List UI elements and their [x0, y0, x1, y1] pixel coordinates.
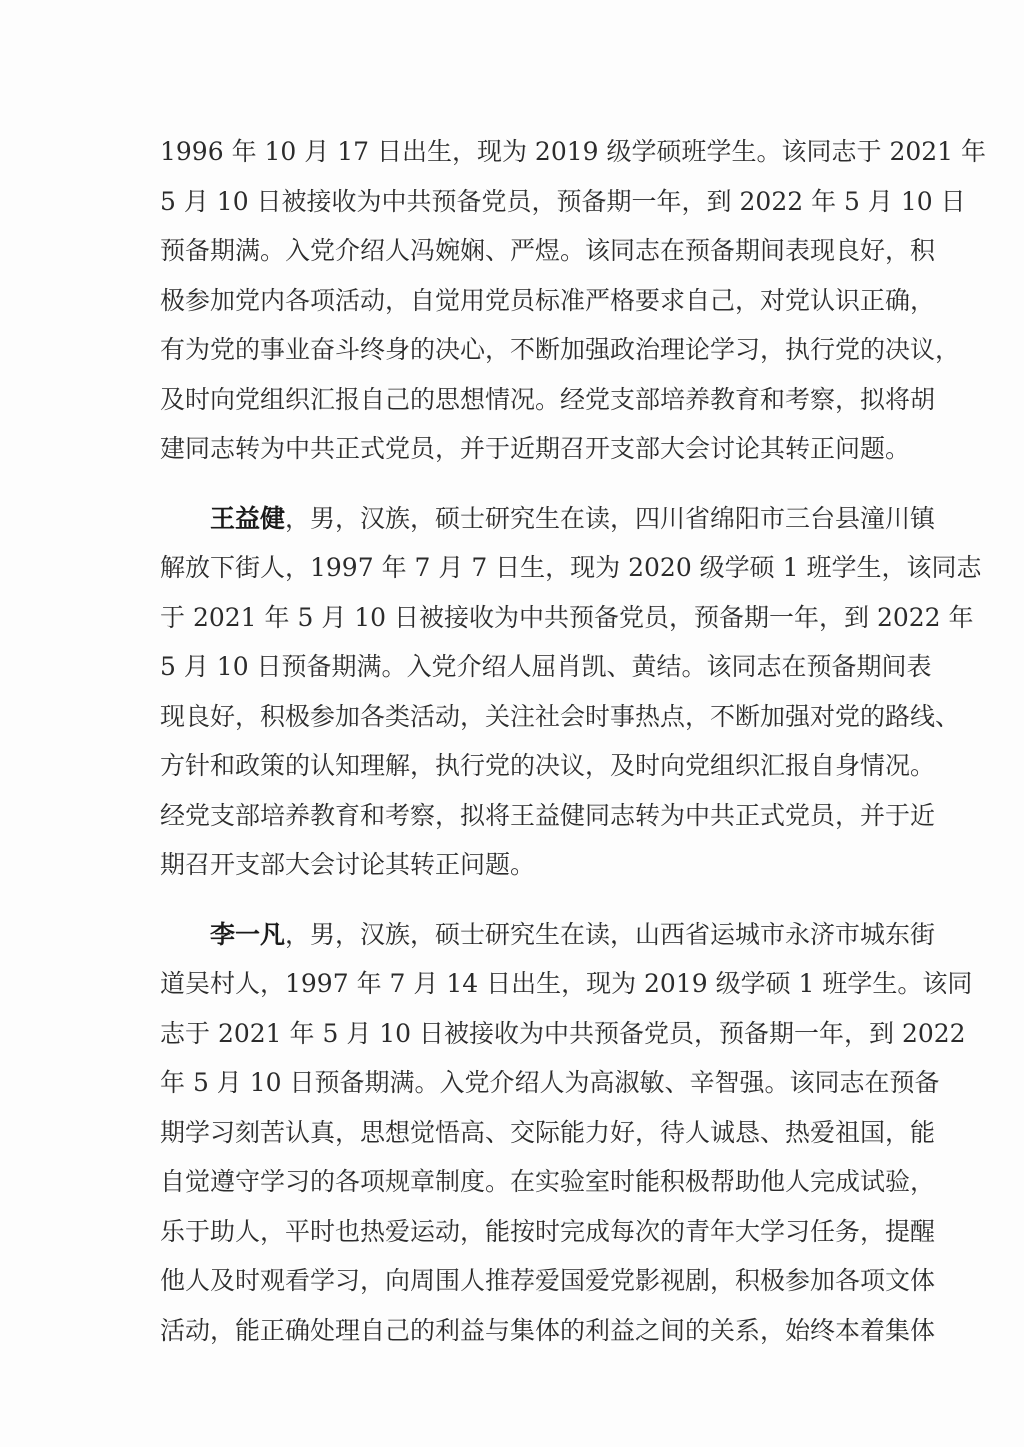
- person-name: 王益健: [210, 504, 285, 533]
- document-page: 1996 年 10 月 17 日出生，现为 2019 级学硕班学生。该同志于 2…: [160, 132, 890, 1360]
- person-name: 李一凡: [210, 920, 285, 949]
- text-line: 乐于助人，平时也热爱运动，能按时完成每次的青年大学习任务，提醒: [160, 1212, 890, 1262]
- paragraph-li-yifan: 李一凡，男，汉族，硕士研究生在读，山西省运城市永济市城东街 道吴村人，1997 …: [160, 915, 890, 1361]
- text-line: 年 5 月 10 日预备期满。入党介绍人为高淑敏、辛智强。该同志在预备: [160, 1063, 890, 1113]
- text-line-first: 李一凡，男，汉族，硕士研究生在读，山西省运城市永济市城东街: [160, 915, 890, 965]
- text-line: 于 2021 年 5 月 10 日被接收为中共预备党员，预备期一年，到 2022…: [160, 598, 890, 648]
- text-line: 建同志转为中共正式党员，并于近期召开支部大会讨论其转正问题。: [160, 429, 890, 479]
- text-line: 有为党的事业奋斗终身的决心，不断加强政治理论学习，执行党的决议，: [160, 330, 890, 380]
- paragraph-wang-yijian: 王益健，男，汉族，硕士研究生在读，四川省绵阳市三台县潼川镇 解放下街人，1997…: [160, 499, 890, 895]
- text-span: ，男，汉族，硕士研究生在读，山西省运城市永济市城东街: [285, 920, 935, 949]
- text-span: ，男，汉族，硕士研究生在读，四川省绵阳市三台县潼川镇: [285, 504, 935, 533]
- text-line: 他人及时观看学习，向周围人推荐爱国爱党影视剧，积极参加各项文体: [160, 1261, 890, 1311]
- paragraph-hu-jian: 1996 年 10 月 17 日出生，现为 2019 级学硕班学生。该同志于 2…: [160, 132, 890, 479]
- text-line: 期召开支部大会讨论其转正问题。: [160, 845, 890, 895]
- text-line: 道吴村人，1997 年 7 月 14 日出生，现为 2019 级学硕 1 班学生…: [160, 964, 890, 1014]
- text-line: 经党支部培养教育和考察，拟将王益健同志转为中共正式党员，并于近: [160, 796, 890, 846]
- text-line: 极参加党内各项活动，自觉用党员标准严格要求自己，对党认识正确，: [160, 281, 890, 331]
- text-line: 1996 年 10 月 17 日出生，现为 2019 级学硕班学生。该同志于 2…: [160, 132, 890, 182]
- text-line: 活动，能正确处理自己的利益与集体的利益之间的关系，始终本着集体: [160, 1311, 890, 1361]
- text-line: 解放下街人，1997 年 7 月 7 日生，现为 2020 级学硕 1 班学生，…: [160, 548, 890, 598]
- text-line: 自觉遵守学习的各项规章制度。在实验室时能积极帮助他人完成试验，: [160, 1162, 890, 1212]
- text-line: 5 月 10 日预备期满。入党介绍人屈肖凯、黄结。该同志在预备期间表: [160, 647, 890, 697]
- text-line-first: 王益健，男，汉族，硕士研究生在读，四川省绵阳市三台县潼川镇: [160, 499, 890, 549]
- text-line: 志于 2021 年 5 月 10 日被接收为中共预备党员，预备期一年，到 202…: [160, 1014, 890, 1064]
- text-line: 方针和政策的认知理解，执行党的决议，及时向党组织汇报自身情况。: [160, 746, 890, 796]
- text-line: 现良好，积极参加各类活动，关注社会时事热点，不断加强对党的路线、: [160, 697, 890, 747]
- text-line: 5 月 10 日被接收为中共预备党员，预备期一年，到 2022 年 5 月 10…: [160, 182, 890, 232]
- text-line: 及时向党组织汇报自己的思想情况。经党支部培养教育和考察，拟将胡: [160, 380, 890, 430]
- text-line: 预备期满。入党介绍人冯婉娴、严煜。该同志在预备期间表现良好，积: [160, 231, 890, 281]
- text-line: 期学习刻苦认真，思想觉悟高、交际能力好，待人诚恳、热爱祖国，能: [160, 1113, 890, 1163]
